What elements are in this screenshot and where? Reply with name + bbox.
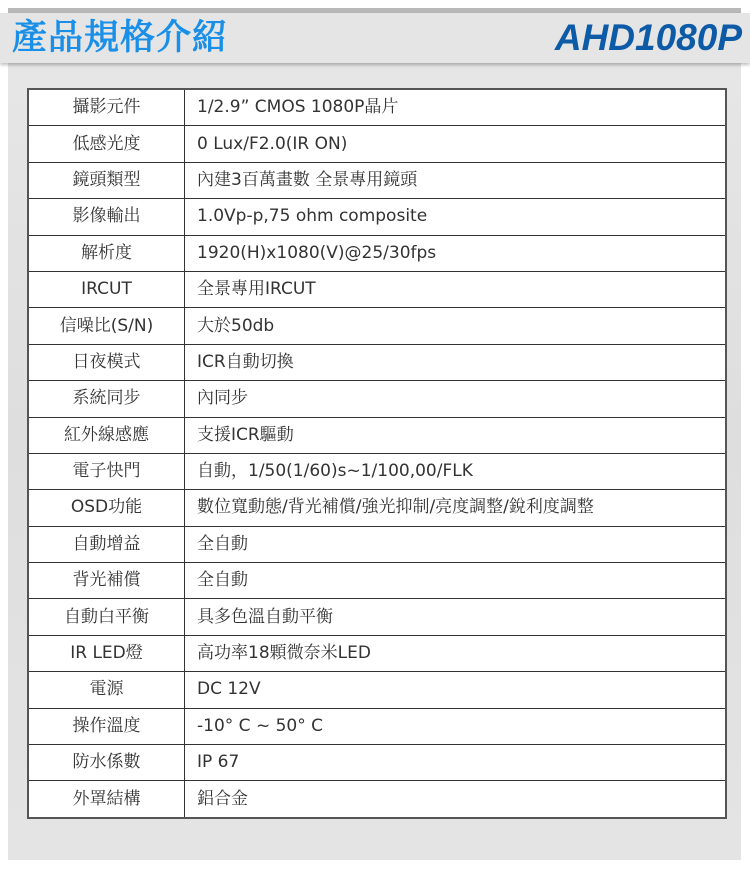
spec-value: 全景專用IRCUT — [185, 271, 727, 307]
spec-value: DC 12V — [185, 672, 727, 708]
spec-table: 攝影元件1/2.9” CMOS 1080P晶片低感光度0 Lux/F2.0(IR… — [27, 88, 727, 819]
table-row: OSD功能數位寬動態/背光補償/強光抑制/亮度調整/銳利度調整 — [28, 490, 726, 526]
table-row: 操作溫度-10° C ~ 50° C — [28, 708, 726, 744]
spec-value: -10° C ~ 50° C — [185, 708, 727, 744]
table-row: 影像輸出1.0Vp-p,75 ohm composite — [28, 199, 726, 235]
spec-label: IRCUT — [28, 271, 185, 307]
spec-label: IR LED燈 — [28, 635, 185, 671]
table-row: 鏡頭類型內建3百萬畫數 全景專用鏡頭 — [28, 162, 726, 198]
spec-value: 全自動 — [185, 563, 727, 599]
spec-label: 鏡頭類型 — [28, 162, 185, 198]
table-row: 系統同步內同步 — [28, 381, 726, 417]
spec-value: 內同步 — [185, 381, 727, 417]
model-name: AHD1080P — [555, 16, 742, 60]
spec-value: 鋁合金 — [185, 781, 727, 818]
spec-label: 自動白平衡 — [28, 599, 185, 635]
spec-label: 電源 — [28, 672, 185, 708]
table-row: 電源 DC 12V — [28, 672, 726, 708]
table-row: IR LED燈高功率18顆微奈米LED — [28, 635, 726, 671]
spec-label: 低感光度 — [28, 126, 185, 162]
table-row: 背光補償全自動 — [28, 563, 726, 599]
spec-label: OSD功能 — [28, 490, 185, 526]
spec-label: 攝影元件 — [28, 89, 185, 126]
spec-value: 大於50db — [185, 308, 727, 344]
table-row: 自動增益全自動 — [28, 526, 726, 562]
spec-value: 1/2.9” CMOS 1080P晶片 — [185, 89, 727, 126]
table-row: 攝影元件1/2.9” CMOS 1080P晶片 — [28, 89, 726, 126]
spec-value: 內建3百萬畫數 全景專用鏡頭 — [185, 162, 727, 198]
table-row: 信噪比(S/N)大於50db — [28, 308, 726, 344]
table-row: 自動白平衡具多色溫自動平衡 — [28, 599, 726, 635]
table-row: IRCUT全景專用IRCUT — [28, 271, 726, 307]
spec-label: 影像輸出 — [28, 199, 185, 235]
spec-value: IP 67 — [185, 745, 727, 781]
spec-label: 自動增益 — [28, 526, 185, 562]
spec-label: 外罩結構 — [28, 781, 185, 818]
table-row: 外罩結構鋁合金 — [28, 781, 726, 818]
table-row: 紅外線感應支援ICR驅動 — [28, 417, 726, 453]
spec-label: 信噪比(S/N) — [28, 308, 185, 344]
spec-label: 系統同步 — [28, 381, 185, 417]
spec-label: 防水係數 — [28, 745, 185, 781]
spec-value: 1920(H)x1080(V)@25/30fps — [185, 235, 727, 271]
table-row: 電子快門自動，1/50(1/60)s~1/100,00/FLK — [28, 453, 726, 489]
spec-value: 數位寬動態/背光補償/強光抑制/亮度調整/銳利度調整 — [185, 490, 727, 526]
spec-label: 操作溫度 — [28, 708, 185, 744]
spec-value: 高功率18顆微奈米LED — [185, 635, 727, 671]
spec-value: 全自動 — [185, 526, 727, 562]
spec-label: 日夜模式 — [28, 344, 185, 380]
table-row: 日夜模式ICR自動切換 — [28, 344, 726, 380]
table-row: 解析度1920(H)x1080(V)@25/30fps — [28, 235, 726, 271]
spec-label: 解析度 — [28, 235, 185, 271]
table-row: 防水係數IP 67 — [28, 745, 726, 781]
spec-value: 自動，1/50(1/60)s~1/100,00/FLK — [185, 453, 727, 489]
spec-value: 0 Lux/F2.0(IR ON) — [185, 126, 727, 162]
spec-value: 具多色溫自動平衡 — [185, 599, 727, 635]
spec-label: 紅外線感應 — [28, 417, 185, 453]
page-title: 產品規格介紹 — [12, 16, 228, 60]
spec-value: ICR自動切換 — [185, 344, 727, 380]
spec-value: 支援ICR驅動 — [185, 417, 727, 453]
table-row: 低感光度0 Lux/F2.0(IR ON) — [28, 126, 726, 162]
spec-value: 1.0Vp-p,75 ohm composite — [185, 199, 727, 235]
spec-label: 背光補償 — [28, 563, 185, 599]
spec-label: 電子快門 — [28, 453, 185, 489]
